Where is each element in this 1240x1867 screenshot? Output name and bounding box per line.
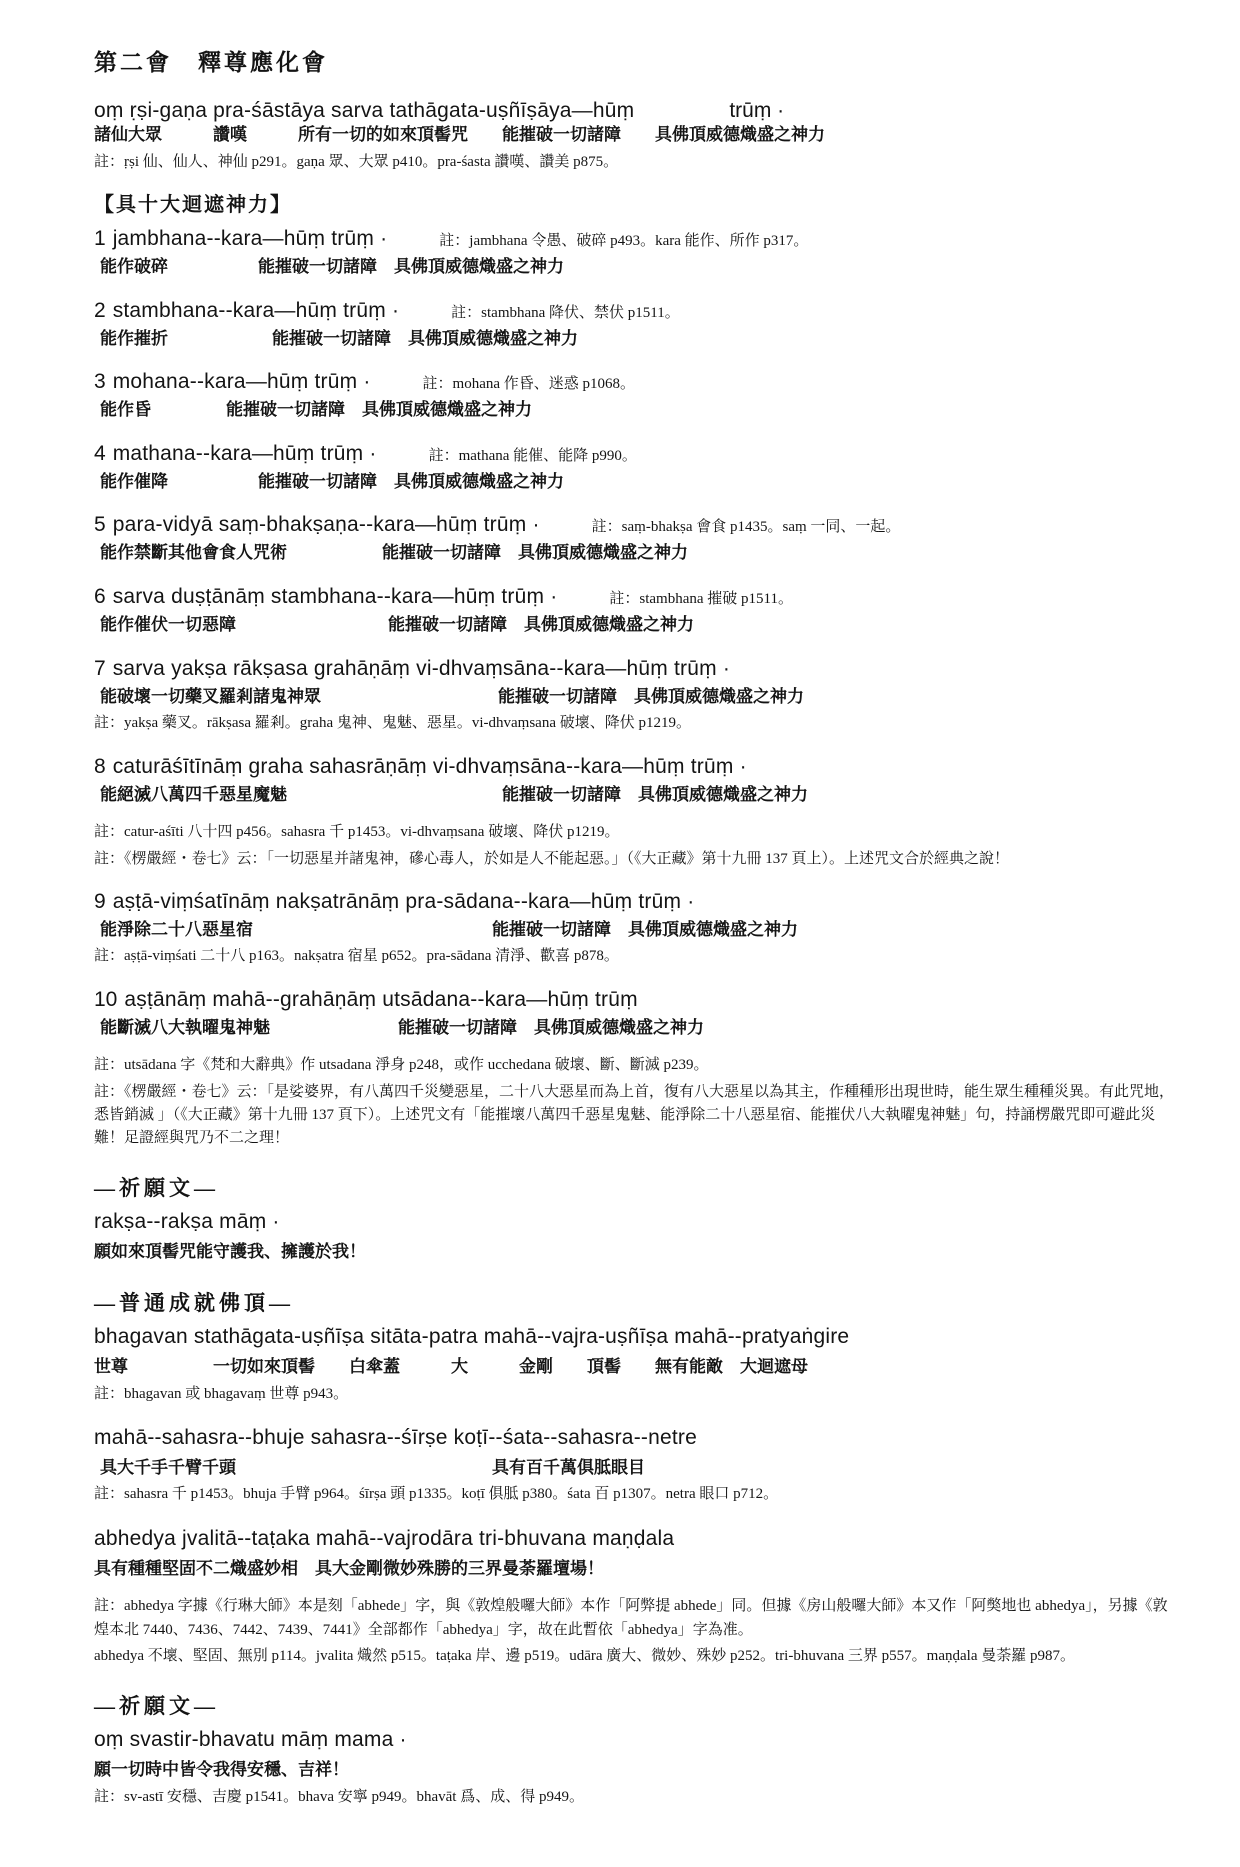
item-inline-note: 註：stambhana 降伏、禁伏 p1511。 — [451, 301, 680, 322]
line2-block: mahā--sahasra--bhuje sahasra--śīrṣe koṭī… — [94, 1426, 1178, 1507]
item-number: 8 — [94, 755, 106, 779]
mantra-text: abhedya jvalitā--taṭaka mahā--vajrodāra … — [94, 1527, 1178, 1551]
item-number: 5 — [94, 513, 106, 537]
item-gloss-right: 能摧破一切諸障 具佛頂威德熾盛之神力 — [492, 918, 798, 943]
mantra-text: stambhana--kara—hūṃ trūṃ · — [113, 299, 399, 323]
mantra-item-6: 6 sarva duṣṭānāṃ stambhana--kara—hūṃ trū… — [94, 585, 1178, 638]
page-title: 第二會 釋尊應化會 — [94, 44, 1178, 77]
item-inline-note: 註：stambhana 摧破 p1511。 — [609, 587, 793, 608]
mantra-item-1: 1 jambhana--kara—hūṃ trūṃ · 註：jambhana 令… — [94, 227, 1178, 280]
item-number: 6 — [94, 585, 106, 609]
item-inline-note: 註：mohana 作昏、迷惑 p1068。 — [423, 372, 635, 393]
opening-mantra-tail: trūṃ · — [729, 99, 784, 123]
mantra-text: mathana--kara—hūṃ trūṃ · — [113, 442, 377, 466]
line1-block: bhagavan stathāgata-uṣñīṣa sitāta-patra … — [94, 1325, 1178, 1406]
document-page: 第二會 釋尊應化會 oṃ ṛṣi-gaṇa pra-śāstāya sarva … — [0, 0, 1240, 1867]
item-note: 註：yakṣa 藥叉。rākṣasa 羅剎。graha 鬼神、鬼魅、惡星。vi-… — [94, 712, 1178, 735]
item-gloss-left: 能作催伏一切惡障 — [100, 613, 388, 638]
mantra-text: sarva duṣṭānāṃ stambhana--kara—hūṃ trūṃ … — [113, 585, 558, 609]
mantra-item-7: 7 sarva yakṣa rākṣasa grahāṇāṃ vi-dhvaṃs… — [94, 657, 1178, 736]
item-number: 10 — [94, 988, 117, 1012]
item-number: 9 — [94, 890, 106, 914]
opening-note: 註：ṛṣi 仙、仙人、神仙 p291。gaṇa 眾、大眾 p410。pra-śa… — [94, 151, 1178, 174]
item-note: 註：《楞嚴經・卷七》云：「一切惡星并諸鬼神，磣心毒人，於如是人不能起惡。」（《大… — [94, 848, 1178, 871]
prayer-gloss: 願如來頂髻咒能守護我、擁護於我！ — [94, 1240, 1178, 1265]
mantra-text: para-vidyā saṃ-bhakṣaṇa--kara—hūṃ trūṃ · — [113, 513, 540, 537]
item-gloss-right: 能摧破一切諸障 具佛頂威德熾盛之神力 — [498, 685, 804, 710]
section-header-ten-powers: 【具十大迴遮神力】 — [94, 188, 1178, 217]
section-header: ―普通成就佛頂― — [94, 1287, 1178, 1317]
mantra-text: bhagavan stathāgata-uṣñīṣa sitāta-patra … — [94, 1325, 1178, 1349]
opening-mantra-text: oṃ ṛṣi-gaṇa pra-śāstāya sarva tathāgata-… — [94, 99, 634, 123]
item-gloss-right: 能摧破一切諸障 具佛頂威德熾盛之神力 — [226, 398, 532, 423]
prayer-header: ―祈願文― — [94, 1690, 1178, 1720]
mantra-text: mohana--kara—hūṃ trūṃ · — [113, 370, 371, 394]
item-gloss-left: 能斷滅八大執曜鬼神魅 — [100, 1016, 398, 1041]
line-gloss: 世尊 一切如來頂髻 白傘蓋 大 金剛 頂髻 無有能敵 大迴遮母 — [94, 1355, 1178, 1380]
item-number: 3 — [94, 370, 106, 394]
item-gloss-right: 能摧破一切諸障 具佛頂威德熾盛之神力 — [502, 783, 808, 808]
item-inline-note: 註：saṃ-bhakṣa 會食 p1435。saṃ 一同、一起。 — [592, 515, 901, 536]
prayer-block-1: ―祈願文― rakṣa--rakṣa māṃ · 願如來頂髻咒能守護我、擁護於我… — [94, 1172, 1178, 1265]
item-gloss-left: 能作摧折 — [100, 327, 272, 352]
item-note: 註：aṣṭā-viṃśati 二十八 p163。nakṣatra 宿星 p652… — [94, 945, 1178, 968]
mantra-item-5: 5 para-vidyā saṃ-bhakṣaṇa--kara—hūṃ trūṃ… — [94, 513, 1178, 566]
prayer-mantra: rakṣa--rakṣa māṃ · — [94, 1210, 1178, 1234]
item-gloss-right: 能摧破一切諸障 具佛頂威德熾盛之神力 — [258, 470, 564, 495]
item-gloss-left: 能破壞一切藥叉羅剎諸鬼神眾 — [100, 685, 498, 710]
item-inline-note: 註：mathana 能催、能降 p990。 — [429, 444, 637, 465]
item-note: 註：catur-aśīti 八十四 p456。sahasra 千 p1453。v… — [94, 821, 1178, 844]
mantra-item-8: 8 caturāśītīnāṃ graha sahasrāṇāṃ vi-dhva… — [94, 755, 1178, 871]
item-gloss-left: 能絕滅八萬四千惡星魔魅 — [100, 783, 502, 808]
line-note: 註：sahasra 千 p1453。bhuja 手臂 p964。śīrṣa 頭 … — [94, 1483, 1178, 1506]
item-gloss-left: 能作破碎 — [100, 255, 258, 280]
item-gloss-left: 能淨除二十八惡星宿 — [100, 918, 492, 943]
line3-block: abhedya jvalitā--taṭaka mahā--vajrodāra … — [94, 1527, 1178, 1668]
item-gloss-right: 能摧破一切諸障 具佛頂威德熾盛之神力 — [382, 541, 688, 566]
item-gloss-right: 能摧破一切諸障 具佛頂威德熾盛之神力 — [398, 1016, 704, 1041]
item-gloss-right: 能摧破一切諸障 具佛頂威德熾盛之神力 — [258, 255, 564, 280]
line-gloss: 具有種種堅固不二熾盛妙相 具大金剛微妙殊勝的三界曼荼羅壇場！ — [94, 1557, 1178, 1582]
section-common-siddhi: ―普通成就佛頂― bhagavan stathāgata-uṣñīṣa sitā… — [94, 1287, 1178, 1668]
mantra-item-3: 3 mohana--kara—hūṃ trūṃ · 註：mohana 作昏、迷惑… — [94, 370, 1178, 423]
mantra-item-2: 2 stambhana--kara—hūṃ trūṃ · 註：stambhana… — [94, 299, 1178, 352]
mantra-text: caturāśītīnāṃ graha sahasrāṇāṃ vi-dhvaṃs… — [113, 755, 747, 779]
item-note: 註：《楞嚴經・卷七》云：「是娑婆界，有八萬四千災變惡星，二十八大惡星而為上首，復… — [94, 1081, 1178, 1151]
item-number: 4 — [94, 442, 106, 466]
line-gloss-right: 具有百千萬俱胝眼目 — [492, 1456, 645, 1481]
item-gloss-right: 能摧破一切諸障 具佛頂威德熾盛之神力 — [388, 613, 694, 638]
item-note: 註：utsādana 字《梵和大辭典》作 utsadana 淨身 p248，或作… — [94, 1054, 1178, 1077]
line-gloss-left: 具大千手千臂千頭 — [100, 1456, 492, 1481]
mantra-item-9: 9 aṣṭā-viṃśatīnāṃ nakṣatrānāṃ pra-sādana… — [94, 890, 1178, 969]
prayer-gloss: 願一切時中皆令我得安穩、吉祥！ — [94, 1758, 1178, 1783]
prayer-note: 註：sv-astī 安穩、吉慶 p1541。bhava 安寧 p949。bhav… — [94, 1786, 1178, 1809]
mantra-item-10: 10 aṣṭānāṃ mahā--grahāṇāṃ utsādana--kara… — [94, 988, 1178, 1151]
prayer-mantra: oṃ svastir-bhavatu māṃ mama · — [94, 1728, 1178, 1752]
prayer-block-2: ―祈願文― oṃ svastir-bhavatu māṃ mama · 願一切時… — [94, 1690, 1178, 1809]
mantra-text: sarva yakṣa rākṣasa grahāṇāṃ vi-dhvaṃsān… — [113, 657, 730, 681]
mantra-text: mahā--sahasra--bhuje sahasra--śīrṣe koṭī… — [94, 1426, 1178, 1450]
item-inline-note: 註：jambhana 令愚、破碎 p493。kara 能作、所作 p317。 — [439, 229, 808, 250]
mantra-text: aṣṭā-viṃśatīnāṃ nakṣatrānāṃ pra-sādana--… — [113, 890, 695, 914]
mantra-text: jambhana--kara—hūṃ trūṃ · — [113, 227, 388, 251]
opening-gloss: 諸仙大眾 讚嘆 所有一切的如來頂髻咒 能摧破一切諸障 具佛頂威德熾盛之神力 — [94, 123, 1178, 148]
item-number: 2 — [94, 299, 106, 323]
prayer-header: ―祈願文― — [94, 1172, 1178, 1202]
line-note: 註：bhagavan 或 bhagavaṃ 世尊 p943。 — [94, 1383, 1178, 1406]
item-number: 1 — [94, 227, 106, 251]
line-note: abhedya 不壞、堅固、無別 p114。jvalita 熾然 p515。ta… — [94, 1645, 1178, 1668]
item-gloss-left: 能作禁斷其他會食人咒術 — [100, 541, 382, 566]
item-gloss-right: 能摧破一切諸障 具佛頂威德熾盛之神力 — [272, 327, 578, 352]
item-number: 7 — [94, 657, 106, 681]
item-gloss-left: 能作昏 — [100, 398, 226, 423]
item-gloss-left: 能作催降 — [100, 470, 258, 495]
opening-mantra-block: oṃ ṛṣi-gaṇa pra-śāstāya sarva tathāgata-… — [94, 99, 1178, 174]
line-note: 註：abhedya 字據《行琳大師》本是刻「abhede」字，與《敦煌般囉大師》… — [94, 1595, 1178, 1642]
mantra-item-4: 4 mathana--kara—hūṃ trūṃ · 註：mathana 能催、… — [94, 442, 1178, 495]
mantra-text: aṣṭānāṃ mahā--grahāṇāṃ utsādana--kara—hū… — [124, 988, 637, 1012]
